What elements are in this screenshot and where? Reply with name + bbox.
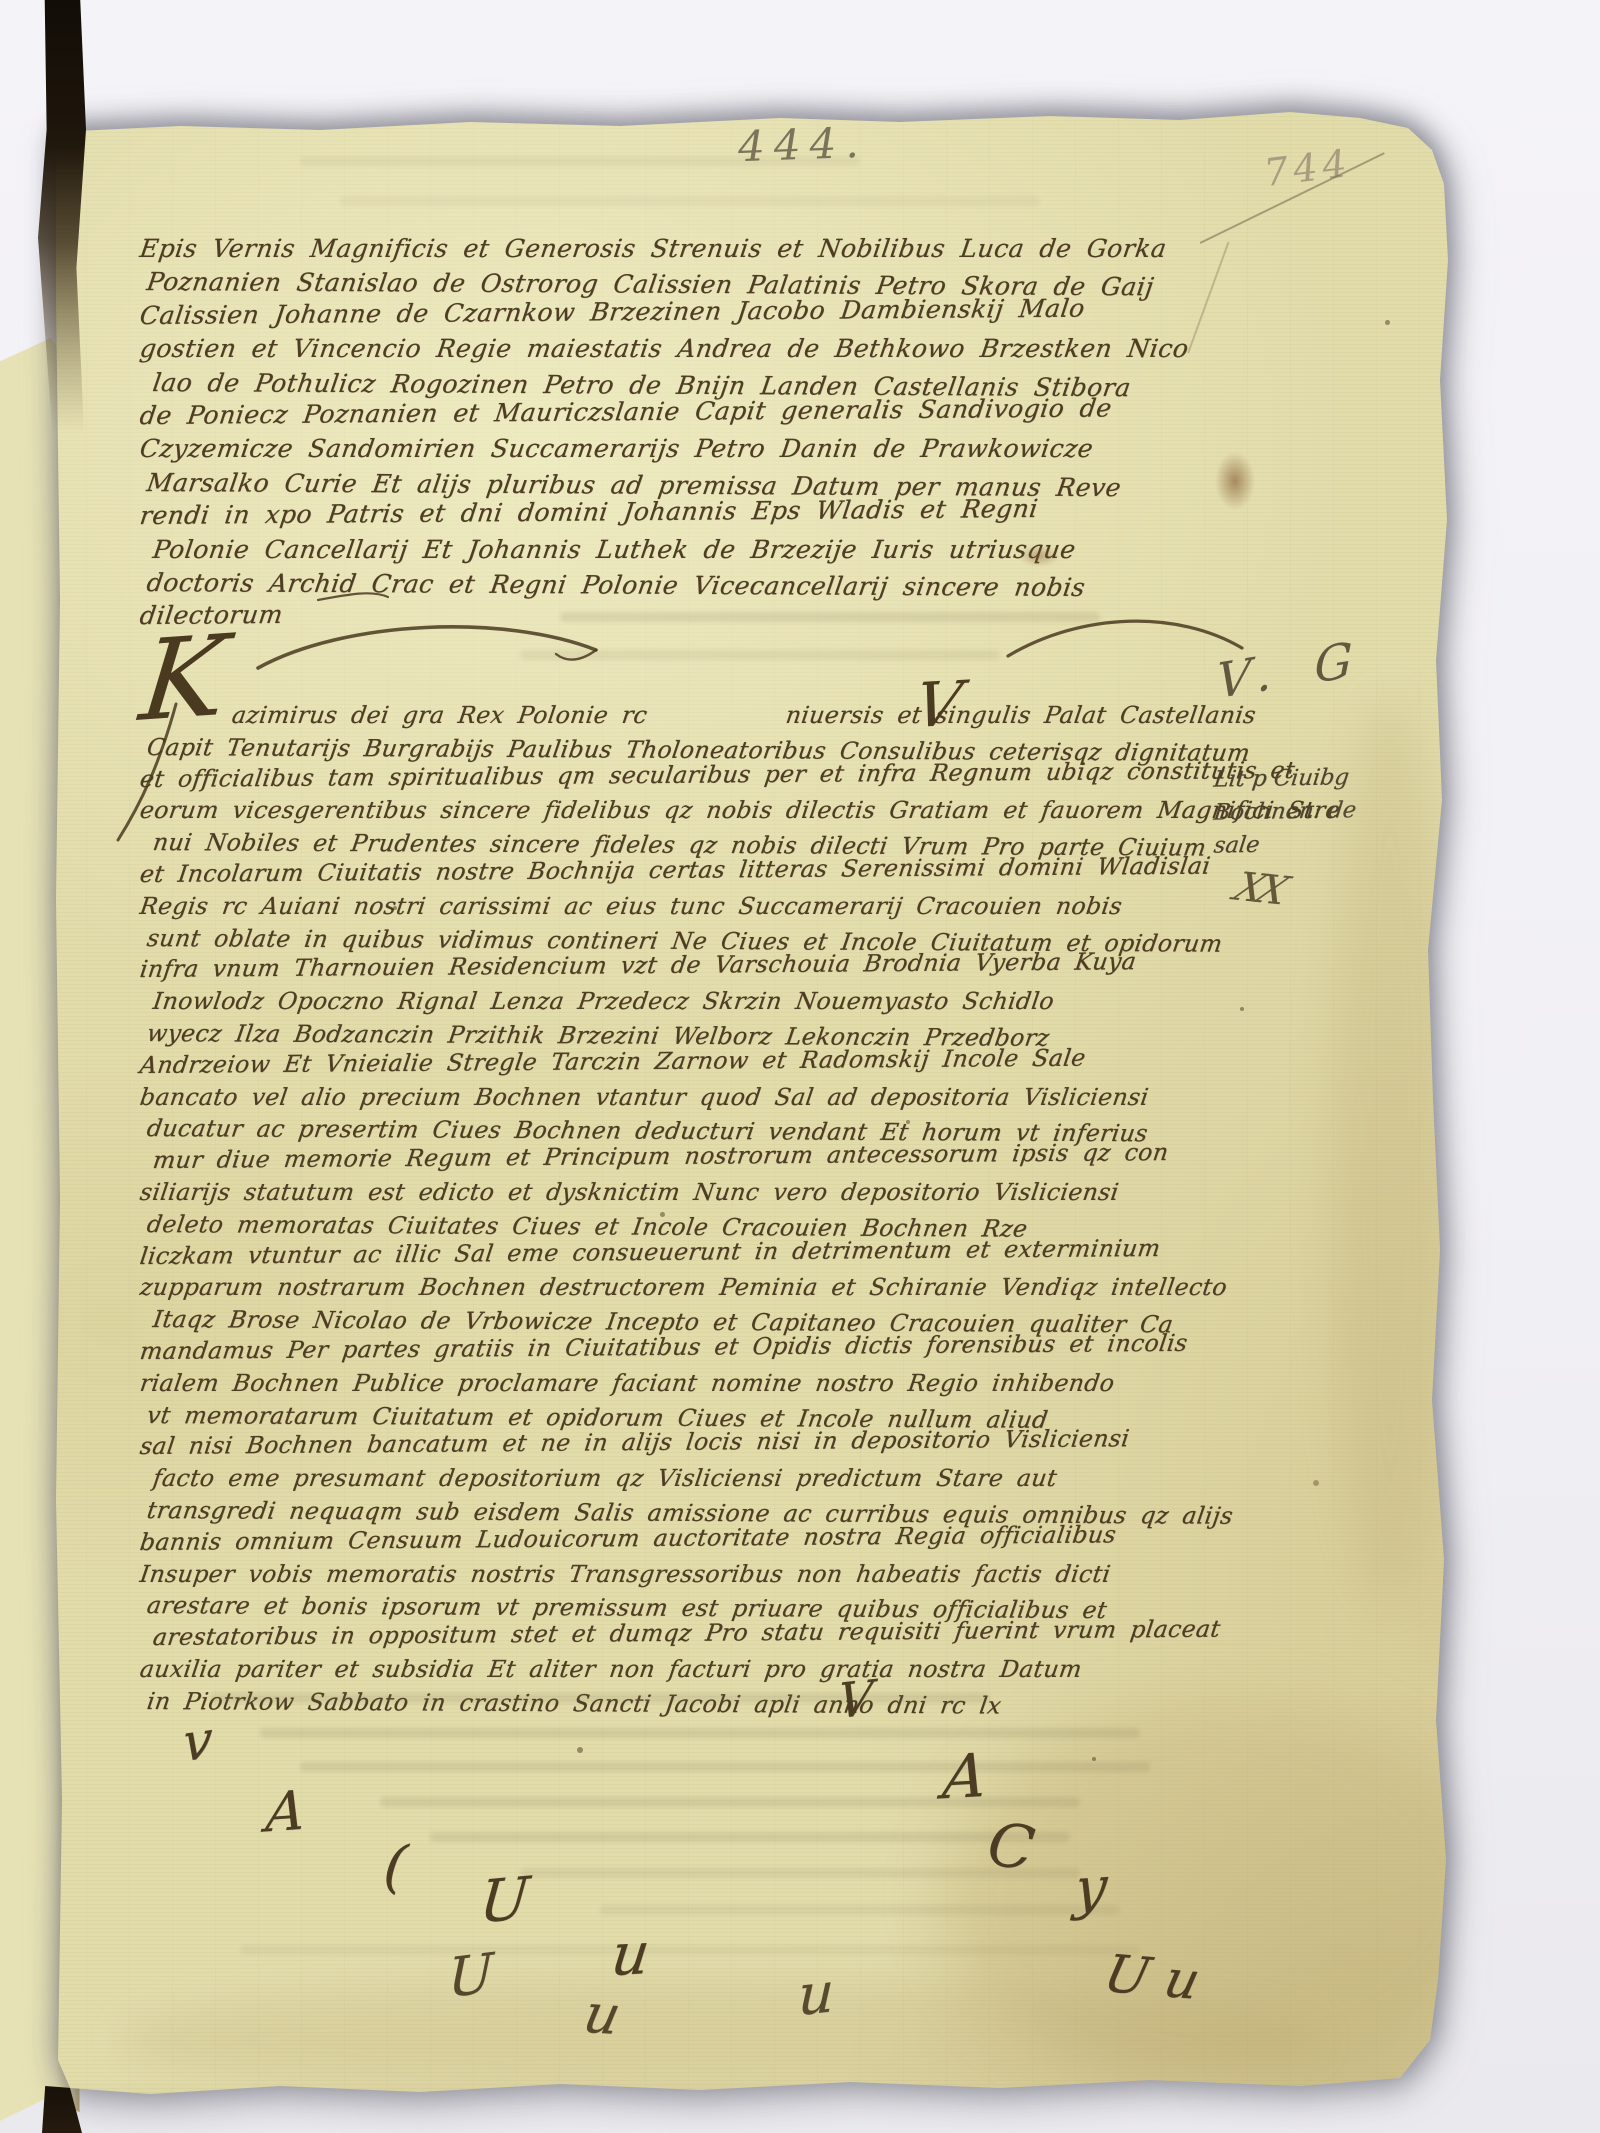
show-through-line — [430, 1832, 1070, 1842]
show-through-line — [600, 1905, 1120, 1915]
speck — [660, 1212, 665, 1217]
text-line: azimirus dei gra Rex Polonie rc niuersis… — [138, 700, 1252, 732]
pen-trial-letter: U u — [1098, 1944, 1205, 2011]
text-line: infra vnum Tharnouien Residencium vzt de… — [138, 946, 1253, 987]
text-line: Epis Vernis Magnificis et Generosis Stre… — [138, 232, 1243, 265]
pen-trial-letter: v — [182, 1710, 213, 1775]
pen-trial-letter: U — [448, 1941, 494, 2010]
pen-trial-letter: ( — [381, 1831, 411, 1901]
pen-trial-letter: u — [797, 1960, 835, 2029]
show-through-line — [300, 156, 860, 166]
text-line: zupparum nostrarum Bochnen destructorem … — [138, 1272, 1252, 1304]
pen-trial-letter: A — [940, 1741, 989, 1814]
parchment-page: 444. 744 Epis Vernis Magnificis et Gener… — [0, 0, 1600, 2133]
text-line: rialem Bochnen Publice proclamare facian… — [138, 1368, 1252, 1400]
show-through-line — [560, 612, 1100, 622]
paragraph-protocol: Epis Vernis Magnificis et Generosis Stre… — [140, 232, 1240, 633]
text-line: gostien et Vincencio Regie maiestatis An… — [138, 332, 1243, 365]
speck — [1385, 320, 1390, 325]
speck — [1313, 1480, 1319, 1486]
text-line: in Piotrkow Sabbato in crastino Sancti J… — [145, 1686, 1252, 1724]
manuscript-scan: 444. 744 Epis Vernis Magnificis et Gener… — [0, 0, 1600, 2133]
speck — [1092, 1757, 1096, 1761]
text-line: facto eme presumant depositorium qz Visl… — [151, 1463, 1252, 1495]
text-line: siliarijs statutum est edicto et dysknic… — [138, 1177, 1252, 1209]
text-line: Polonie Cancellarij Et Johannis Luthek d… — [151, 533, 1243, 566]
initial-letter-K: K — [135, 611, 233, 747]
speck — [906, 1120, 910, 1124]
speck — [393, 906, 397, 910]
ink-stain — [1018, 545, 1060, 567]
pen-trial-letter: V — [836, 1670, 874, 1730]
pen-trial-letter: y — [1072, 1855, 1110, 1923]
text-line: bancato vel alio precium Bochnen vtantur… — [138, 1082, 1252, 1114]
text-line: Regis rc Auiani nostri carissimi ac eius… — [138, 891, 1252, 923]
text-line: auxilia pariter et subsidia Et aliter no… — [138, 1654, 1252, 1686]
text-line: Inowlodz Opoczno Rignal Lenza Przedecz S… — [151, 986, 1252, 1018]
margin-initials: V. G — [1216, 630, 1366, 710]
speck — [1240, 1007, 1244, 1011]
text-line: Insuper vobis memoratis nostris Transgre… — [138, 1559, 1252, 1591]
ink-stain — [1215, 452, 1255, 510]
text-line: Czyzemicze Sandomirien Succamerarijs Pet… — [138, 432, 1243, 465]
pen-trial-letter: u — [608, 1919, 654, 1989]
text-line: eorum vicesgerentibus sincere fidelibus … — [138, 795, 1252, 827]
show-through-line — [240, 1945, 1140, 1955]
stain — [1330, 700, 1450, 1600]
corner-folio-number: 744 — [1262, 141, 1354, 195]
pen-trial-letter: A — [264, 1778, 307, 1844]
show-through-line — [300, 1762, 1150, 1772]
show-through-line — [260, 1728, 1140, 1738]
speck — [577, 1747, 583, 1753]
pen-trial-letter: C — [983, 1809, 1038, 1885]
page-shadow-wrap: 444. 744 Epis Vernis Magnificis et Gener… — [0, 0, 1600, 2133]
text-line: rendi in xpo Patris et dni domini Johann… — [138, 491, 1244, 533]
paragraph-mandate: azimirus dei gra Rex Polonie rc niuersis… — [140, 700, 1250, 1718]
pen-trial-letter: U — [477, 1863, 532, 1936]
show-through-line — [340, 196, 1040, 206]
show-through-line — [520, 650, 1000, 660]
